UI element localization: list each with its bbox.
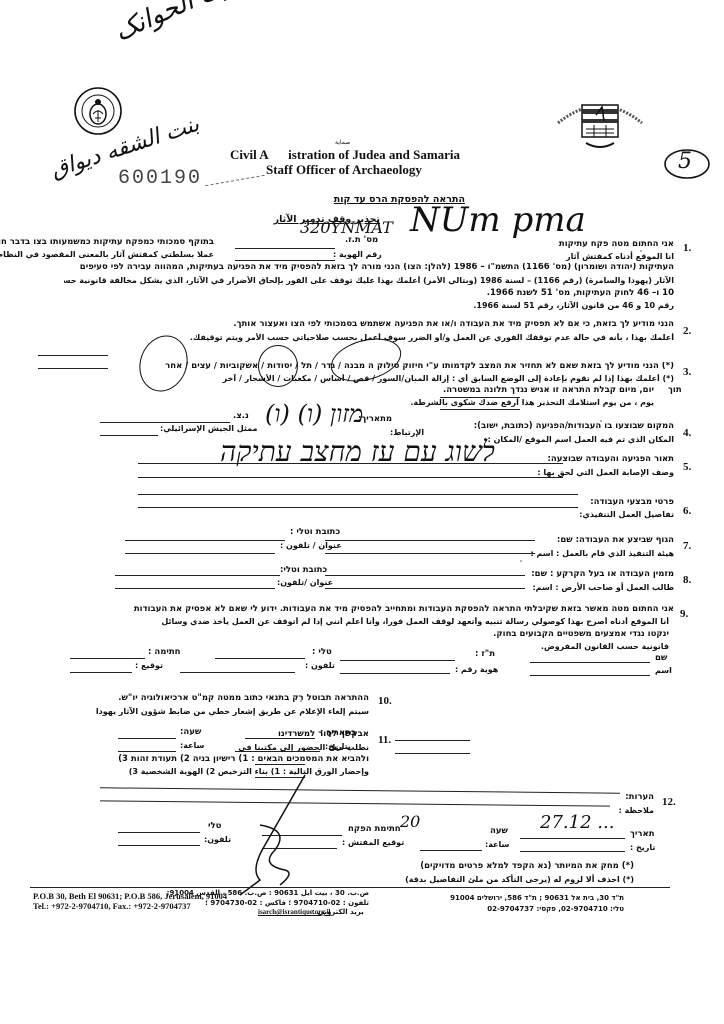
page-marker: 5 xyxy=(662,147,712,181)
section-1-ar-line3: الآثار (يهودا والسامرة) (رقم 1166) – لسن… xyxy=(64,276,674,285)
header-title-line2: Staff Officer of Archaeology xyxy=(266,162,422,178)
section-11-field-hour-ar: ساعة: xyxy=(180,741,204,750)
section-8-he: מזמין העבודה או בעל הקרקע : שם: xyxy=(531,570,674,580)
section-9-he-line2: ינקטו נגדי אמצעים משפטיים הקבועים בחוק. xyxy=(493,630,669,640)
section-1-he-line3: העתיקות (יהודה ושומרון) (מס' 1166) התשמ"… xyxy=(64,263,674,273)
sig-tz-line xyxy=(340,660,455,661)
section-9-field-signature: חתימה : xyxy=(148,648,181,658)
section-6-number: 6. xyxy=(683,505,691,517)
section-4-number: 4. xyxy=(683,427,691,439)
note-arabic: (*) احذف ألا لزوم له (يرجى التأكد من ملئ… xyxy=(405,875,634,884)
id-line-2 xyxy=(235,260,335,261)
section-7-he: הגוף שביצע את העבודה: שם: xyxy=(557,536,674,546)
id-line-1 xyxy=(235,248,335,249)
section-1-ar-line4: رقم 10 و 46 من قانون الآثار، رقم 51 لسنة… xyxy=(473,301,674,310)
section-4-field-tz: נ.צ. xyxy=(233,412,249,422)
section-1-ar-line1: انا الموقع أدناه كمفتش آثار xyxy=(566,252,674,261)
owner-addr-line-2 xyxy=(115,588,275,589)
sig-name-line-2 xyxy=(530,675,650,676)
section-6-he: פרטי מבצעי העבודה: xyxy=(590,498,674,508)
section-9-field-name-ar: اسم xyxy=(655,666,672,675)
remarks-line-1 xyxy=(100,787,620,793)
other-line-2 xyxy=(38,368,108,369)
section-5-ar: وصف الإصابة العمل التي لحق بها : xyxy=(537,468,674,477)
owner-name-line xyxy=(325,575,525,576)
section-9-field-tz-ar: هوية رقم : xyxy=(455,665,498,674)
days-line xyxy=(440,397,520,398)
body-addr-line xyxy=(125,540,285,541)
section-9-field-phone: טלי : xyxy=(312,648,332,658)
remarks-line-2 xyxy=(100,800,610,806)
section-12-he: הערות: xyxy=(625,793,654,803)
section-9-he-line1: אני החתום מטה מאשר בזאת שקיבלתי התראה לה… xyxy=(54,605,674,615)
section-2-he: הנני מודיע לך בזאת, כי אם לא תפסיק מיד א… xyxy=(54,320,674,330)
sig-phone-line-b xyxy=(118,845,200,846)
sig-phone-line-a xyxy=(118,832,200,833)
sig-hour-label-ar: ساعة: xyxy=(485,840,509,849)
sig-tz-line-2 xyxy=(340,673,450,674)
appt-date-line-2 xyxy=(235,751,320,752)
sig-phone-line xyxy=(215,658,305,659)
footer-rule xyxy=(30,887,670,888)
days-line-2 xyxy=(440,409,520,410)
section-6-ar: تفاصيل العمل التنفيذي: xyxy=(579,510,674,519)
section-9-field-signature-ar: توقيع : xyxy=(135,661,163,670)
section-9-field-name: שם xyxy=(655,654,667,664)
section-7-field-address: כתובת וטלי : xyxy=(290,528,340,538)
footer-ar-line2: تلفون : 02-9704710 ؛ فاكس : 02-9704730 ؛ xyxy=(205,899,369,907)
appt-date-line xyxy=(245,738,315,739)
sig-phone-line-2 xyxy=(180,672,295,673)
section-1-number: 1. xyxy=(683,242,691,254)
section-1-he-line4: 10 ו– 46 לחוק העתיקות, מס' 51 לשנת 1966. xyxy=(487,289,674,299)
archaeology-seal-icon xyxy=(73,86,123,136)
sig-hour-label: שעה xyxy=(490,827,508,837)
section-3-ar-days: يوم ، من يوم استلامك التحذير هذا أرفع ضد… xyxy=(410,398,654,407)
army-line xyxy=(100,435,158,436)
section-8-field-address-ar: عنوان /تلفون: xyxy=(277,578,333,587)
civil-administration-emblem-icon xyxy=(550,93,650,153)
sig-inspector-label-ar: توقيع المفتش : xyxy=(342,838,404,847)
footer-email-link[interactable]: isarch@israntique.org.il xyxy=(258,908,331,916)
owner-name-line-2 xyxy=(325,588,525,589)
section-10-ar: سيتم إلغاء الإعلام عن طريق إشعار خطي من … xyxy=(96,707,369,716)
other-line-1 xyxy=(38,355,108,356)
sig-sign-line-2 xyxy=(70,672,132,673)
footer-he-line2: טלי: 02-9704710, פקסי: 02-9704737 xyxy=(487,905,624,913)
header-title-line1: Civil A istration of Judea and Samaria xyxy=(230,147,460,163)
inspector-signature: NUm pma xyxy=(410,200,586,240)
footer-he-line1: ת"ד 30, בית אל 90631 ; ת"ד 586, ירושלים … xyxy=(450,894,624,902)
section-4-ar: المكان الذي تم فيه العمل اسم الموقع /الم… xyxy=(488,435,674,444)
section-1-field-id: מס' ת.ז. xyxy=(345,236,378,246)
sig-inspector-label: חתימת הפקח xyxy=(348,825,401,835)
note-hebrew: (*) מחק את המיותר (נא הקפד למלא פרטים מד… xyxy=(420,862,634,872)
doc3-line xyxy=(255,764,305,765)
inspector-scribble-signature xyxy=(220,770,330,900)
serial-number: 600190 xyxy=(118,167,202,190)
section-11-field-date-ar: بتاريخ: xyxy=(325,742,351,751)
sig-date-line xyxy=(520,838,625,839)
section-8-number: 8. xyxy=(683,574,691,586)
section-4-field-army: ممثل الجيش الإسرائيلي: xyxy=(160,424,258,433)
section-11-field-date: בתאריך : xyxy=(320,729,356,739)
appt-hour-line xyxy=(118,738,176,739)
section-9-field-phone-ar: تلفون : xyxy=(305,661,335,670)
section-9-ar-line1: أنا الموقع أدناه أصرح بهذا كوصولي رسالة … xyxy=(54,617,669,626)
handwritten-description: לשוג עם עז מחצב עתיקה xyxy=(220,435,495,469)
section-9-field-tz: ת"ז : xyxy=(475,650,495,660)
appt-hour-line-2 xyxy=(118,751,176,752)
section-11-field-hour: שעה: xyxy=(180,728,201,738)
section-10-number: 10. xyxy=(378,695,392,707)
section-3-number: 3. xyxy=(683,366,691,378)
handwritten-time: 20 xyxy=(400,812,420,831)
section-5-number: 5. xyxy=(683,461,691,473)
desc-line-2 xyxy=(138,477,563,478)
serial-underline xyxy=(205,175,264,186)
section-3-he-within: תוך xyxy=(668,386,682,396)
handwritten-date: 27.12 ... xyxy=(540,812,614,833)
section-7-ar: هيئة التنفيذ الذي قام بالعمل : اسم : xyxy=(531,549,674,558)
office-line-2 xyxy=(395,753,470,754)
section-4-he: המקום שבוצעו בו העבודות/הפגיעה (כתובת, י… xyxy=(474,422,674,432)
body-addr-line-2 xyxy=(125,553,275,554)
section-2-number: 2. xyxy=(683,325,691,337)
section-9-ar-line2: قانونية حسب القانون المفروض. xyxy=(541,642,669,651)
section-12-number: 12. xyxy=(662,796,676,808)
exec-line-1 xyxy=(138,494,578,495)
sig-date-line-2 xyxy=(520,851,625,852)
section-1-he-line2: בתוקף סמכותי כמפקח עתיקות כמשמעותו בצו ב… xyxy=(0,238,214,248)
footer-en-line2: Tel.: +972-2-9704710, Fax.: +972-2-97047… xyxy=(33,901,191,911)
sig-sign-line xyxy=(70,658,145,659)
section-1-ar-line2: عملا بسلطتي كمفتش آثار بالمعنى المقصود ف… xyxy=(0,250,214,259)
owner-addr-line xyxy=(115,575,280,576)
body-name-line xyxy=(325,540,535,541)
section-3-he-days: יום, מיום קבלת התראה זו אגיש נגדך תלונה … xyxy=(443,386,654,396)
handwritten-location: מזון (ו) (ו) xyxy=(265,400,363,429)
circled-mark-2 xyxy=(258,345,298,387)
footer-ar-line1: ص.ب. 30 ، بيت ايل 90631 : ص.ب. 586 ، الق… xyxy=(167,889,369,897)
sig-name-line xyxy=(530,662,650,663)
tz-line xyxy=(100,422,230,423)
sig-hour-line xyxy=(420,850,482,851)
body-name-line-2 xyxy=(325,553,535,554)
section-8-ar: طالب العمل أو صاحب الأرض : اسم: xyxy=(532,583,674,592)
section-11-he-line2: ולהביא את המסמכים הבאים : 1) רישיון בניה… xyxy=(118,755,369,765)
section-1-field-id-ar: رقم الهوية : xyxy=(333,250,382,259)
sig-date-label-ar: تاريخ : xyxy=(630,843,655,852)
section-9-number: 9. xyxy=(680,608,688,620)
exec-line-2 xyxy=(138,507,578,508)
section-7-field-address-ar: عنوان / تلفون : xyxy=(280,541,342,550)
section-8-field-address: כתובת וטלי: xyxy=(280,566,327,576)
header-tiny-label: صماية xyxy=(335,139,350,146)
handwritten-name-arabic: احمد سدیوک الحوانک xyxy=(110,0,333,47)
office-line xyxy=(395,740,470,741)
section-11-number: 11. xyxy=(378,734,391,746)
section-7-number: 7. xyxy=(683,540,691,552)
section-1-he-line1: אני החתום מטה פקח עתיקות xyxy=(559,240,674,250)
section-5-he: תאור הפגיעה והעבודה שבוצעה: xyxy=(548,455,675,465)
section-12-ar: ملاحظة : xyxy=(619,806,654,815)
section-10-he: ההתראה תבוטל רק בתנאי כתוב ממטה קמ"ט ארכ… xyxy=(118,694,369,704)
sig-date-label: תאריך xyxy=(630,830,655,840)
